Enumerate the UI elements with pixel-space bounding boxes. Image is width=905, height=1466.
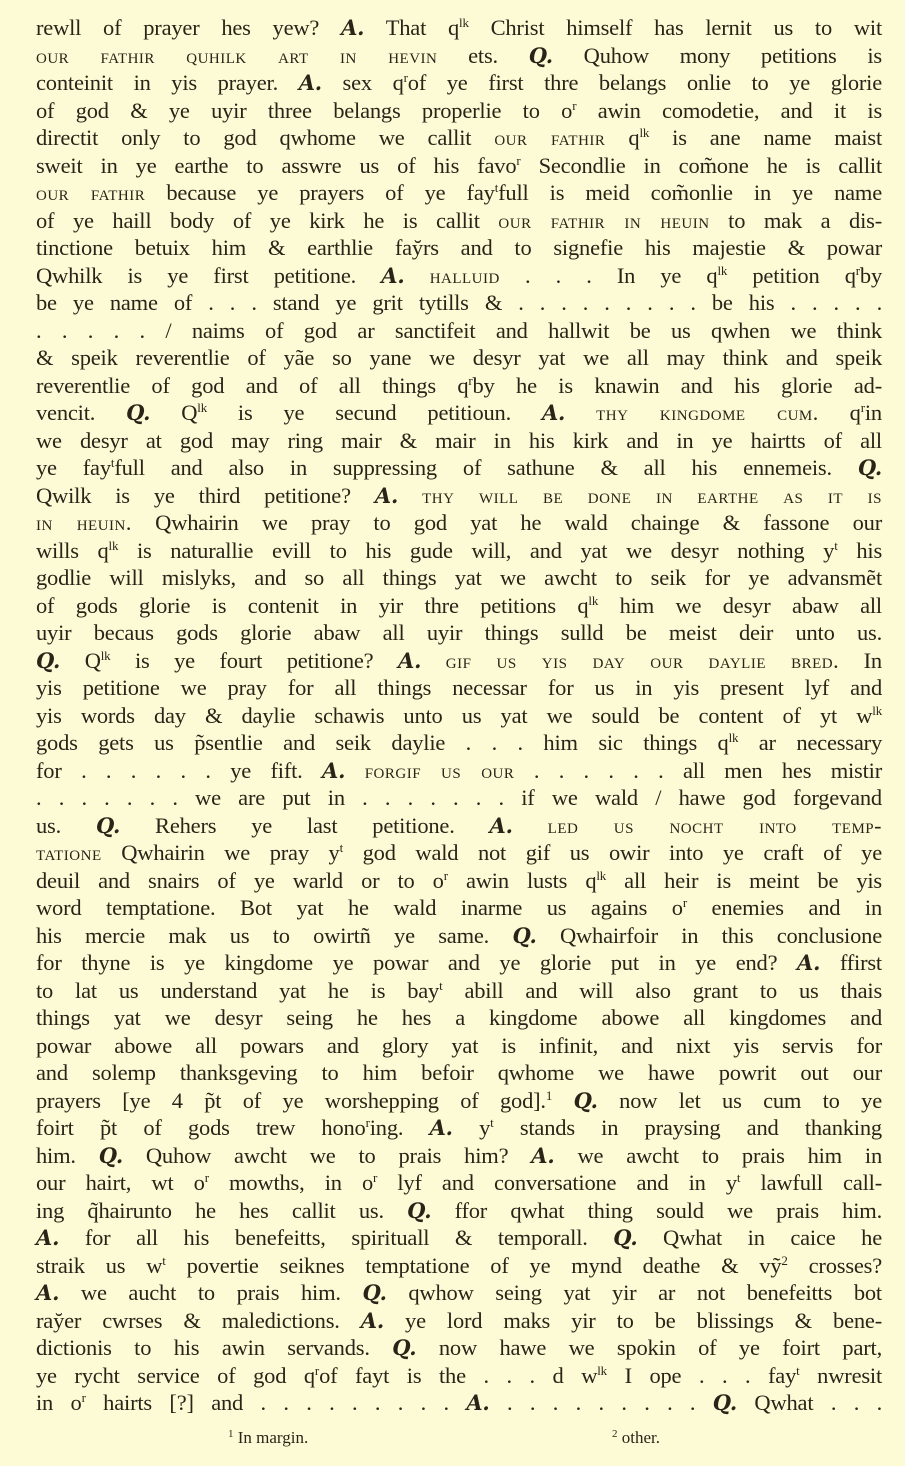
question-marker: Q. [36,648,60,673]
text-line: be ye name of . . . stand ye grit tytill… [36,289,882,317]
small-caps-phrase: THY WILL BE DONE IN EARTHE AS IT IS [422,483,882,508]
text-line: IN HEUIN. Qwhairin we pray to god yat he… [36,509,882,537]
superscript: r [315,1363,319,1378]
footnote-2: 2 other. [612,1428,660,1448]
text-line: uyir becaus gods glorie abaw all uyir th… [36,619,882,647]
small-caps-phrase: TATIONE [36,840,102,865]
superscript: lk [717,263,727,278]
text-line: A. we aucht to prais him. Q. qwhow seing… [36,1279,882,1307]
text-line: of god & ye uyir three belangs properlie… [36,97,882,125]
answer-marker: A. [36,1225,59,1250]
small-caps-phrase: GIF US YIS DAY OUR DAYLIE BRED. [446,648,839,673]
superscript: t [340,840,343,855]
text-line: gods gets us p̃sentlie and seik daylie .… [36,729,882,757]
answer-marker: A. [398,648,421,673]
text-line: for thyne is ye kingdome ye powar and ye… [36,949,882,977]
superscript: 2 [781,1253,787,1268]
superscript: lk [101,648,111,663]
text-line: in or hairts [?] and . . . . . . . . . A… [36,1389,882,1417]
question-marker: Q. [126,400,150,425]
superscript: t [495,180,498,195]
answer-marker: A. [375,483,398,508]
text-line: A. for all his benefeitts, spirituall & … [36,1224,882,1252]
document-page: rewll of prayer hes yew? A. That qlk Chr… [0,0,905,1466]
superscript: r [861,400,865,415]
superscript: r [404,70,408,85]
text-line: Qwhilk is ye first petitione. A. HALLUID… [36,262,882,290]
superscript: r [82,1390,86,1405]
text-line: Q. Qlk is ye fourt petitione? A. GIF US … [36,647,882,675]
text-line: reverentlie of god and of all things qrb… [36,372,882,400]
text-line: dictionis to his awin servands. Q. now h… [36,1334,882,1362]
text-line: foirt p̃t of gods trew honoring. A. yt s… [36,1114,882,1142]
text-line: ing q̃hairunto he hes callit us. Q. ffor… [36,1197,882,1225]
text-line: yis petitione we pray for all things nec… [36,674,882,702]
text-line: tinctione betuix him & earthlie fay̆rs a… [36,234,882,262]
text-line: OUR FATHIR because ye prayers of ye fayt… [36,179,882,207]
answer-marker: A. [430,1115,453,1140]
small-caps-phrase: LED US NOCHT INTO TEMP- [548,813,882,838]
text-line: of gods glorie is contenit in yir thre p… [36,592,882,620]
text-line: TATIONE Qwhairin we pray yt god wald not… [36,839,882,867]
superscript: t [490,1115,493,1130]
answer-marker: A. [542,400,565,425]
answer-marker: A. [531,1143,554,1168]
text-line: sweit in ye earthe to asswre us of his f… [36,152,882,180]
superscript: r [205,1170,209,1185]
superscript: lk [597,1363,607,1378]
answer-marker: A. [322,758,345,783]
text-line: of ye haill body of ye kirk he is callit… [36,207,882,235]
question-marker: Q. [392,1335,416,1360]
footnote-number: 1 [228,1428,234,1440]
small-caps-phrase: IN HEUIN. [36,510,132,535]
text-line: rewll of prayer hes yew? A. That qlk Chr… [36,14,882,42]
question-marker: Q. [613,1225,637,1250]
superscript: t [111,455,114,470]
superscript: t [439,978,442,993]
text-line: to lat us understand yat he is bayt abil… [36,977,882,1005]
question-marker: Q. [99,1143,123,1168]
question-marker: Q. [363,1280,387,1305]
text-line: wills qlk is naturallie evill to his gud… [36,537,882,565]
text-line: godlie will mislyks, and so all things y… [36,564,882,592]
answer-marker: A. [36,1280,59,1305]
text-line: us. Q. Rehers ye last petitione. A. LED … [36,812,882,840]
text-line: for . . . . . . ye fift. A. FORGIF US OU… [36,757,882,785]
superscript: t [162,1253,165,1268]
text-line: deuil and snairs of ye warld or to or aw… [36,867,882,895]
superscript: lk [109,538,119,553]
superscript: r [373,1170,377,1185]
footnote-1: 1 In margin. [228,1428,308,1448]
superscript: lk [459,15,469,30]
question-marker: Q. [529,43,553,68]
text-line: directit only to god qwhome we callit OU… [36,124,882,152]
superscript: lk [639,125,649,140]
text-line: things yat we desyr seing he hes a kingd… [36,1004,882,1032]
superscript: r [516,153,520,168]
text-line: ray̆er cwrses & maledictions. A. ye lord… [36,1307,882,1335]
small-caps-phrase: THY KINGDOME CUM. [596,400,819,425]
answer-marker: A. [361,1308,384,1333]
text-line: conteinit in yis prayer. A. sex qrof ye … [36,69,882,97]
small-caps-phrase: OUR FATHIR [494,125,605,150]
text-line: his mercie mak us to owirtñ ye same. Q. … [36,922,882,950]
text-line: ye rycht service of god qrof fayt is the… [36,1362,882,1390]
question-marker: Q. [512,923,536,948]
question-marker: Q. [713,1390,737,1415]
text-line: . . . . . / naims of god ar sanctifeit a… [36,317,882,345]
text-line: & speik reverentlie of yãe so yane we de… [36,344,882,372]
small-caps-phrase: HALLUID [430,263,500,288]
small-caps-phrase: OUR FATHIR QUHILK ART IN HEVIN [36,43,437,68]
text-line: him. Q. Quhow awcht we to prais him? A. … [36,1142,882,1170]
text-line: our hairt, wt or mowths, in or lyf and c… [36,1169,882,1197]
text-line: ye faytfull and also in suppressing of s… [36,454,882,482]
superscript: r [468,373,472,388]
answer-marker: A. [466,1390,489,1415]
question-marker: Q. [407,1198,431,1223]
superscript: lk [197,400,207,415]
text-line: . . . . . . . we are put in . . . . . . … [36,784,882,812]
text-line: we desyr at god may ring mair & mair in … [36,427,882,455]
text-line: powar abowe all powars and glory yat is … [36,1032,882,1060]
text-line: yis words day & daylie schawis unto us y… [36,702,882,730]
superscript: t [737,1170,740,1185]
catechism-text: rewll of prayer hes yew? A. That qlk Chr… [36,14,882,1417]
small-caps-phrase: OUR FATHIR [36,180,145,205]
superscript: lk [596,868,606,883]
small-caps-phrase: OUR FATHIR IN HEUIN [498,208,709,233]
superscript: r [366,1115,370,1130]
superscript: 1 [546,1088,552,1103]
text-line: prayers [ye 4 p̃t of ye worshepping of g… [36,1087,882,1115]
footnote-text: In margin. [238,1428,309,1447]
text-line: and solemp thanksgeving to him befoir qw… [36,1059,882,1087]
footnote-text: other. [622,1428,660,1447]
text-line: word temptatione. Bot yat he wald inarme… [36,894,882,922]
superscript: lk [588,593,598,608]
footnote-number: 2 [612,1428,618,1440]
footnotes: 1 In margin. 2 other. [0,1428,905,1452]
question-marker: Q. [858,455,882,480]
text-line: Qwilk is ye third petitione? A. THY WILL… [36,482,882,510]
answer-marker: A. [381,263,404,288]
superscript: r [572,98,576,113]
superscript: lk [872,703,882,718]
text-line: straik us wt povertie seiknes temptation… [36,1252,882,1280]
answer-marker: A. [299,70,322,95]
superscript: r [856,263,860,278]
superscript: r [683,895,687,910]
text-line: vencit. Q. Qlk is ye secund petitioun. A… [36,399,882,427]
small-caps-phrase: FORGIF US OUR [365,758,515,783]
answer-marker: A. [341,15,364,40]
question-marker: Q. [96,813,120,838]
answer-marker: A. [490,813,513,838]
text-line: OUR FATHIR QUHILK ART IN HEVIN ets. Q. Q… [36,42,882,70]
answer-marker: A. [797,950,820,975]
superscript: t [834,538,837,553]
superscript: lk [729,730,739,745]
superscript: r [444,868,448,883]
question-marker: Q. [574,1088,598,1113]
superscript: t [796,1363,799,1378]
